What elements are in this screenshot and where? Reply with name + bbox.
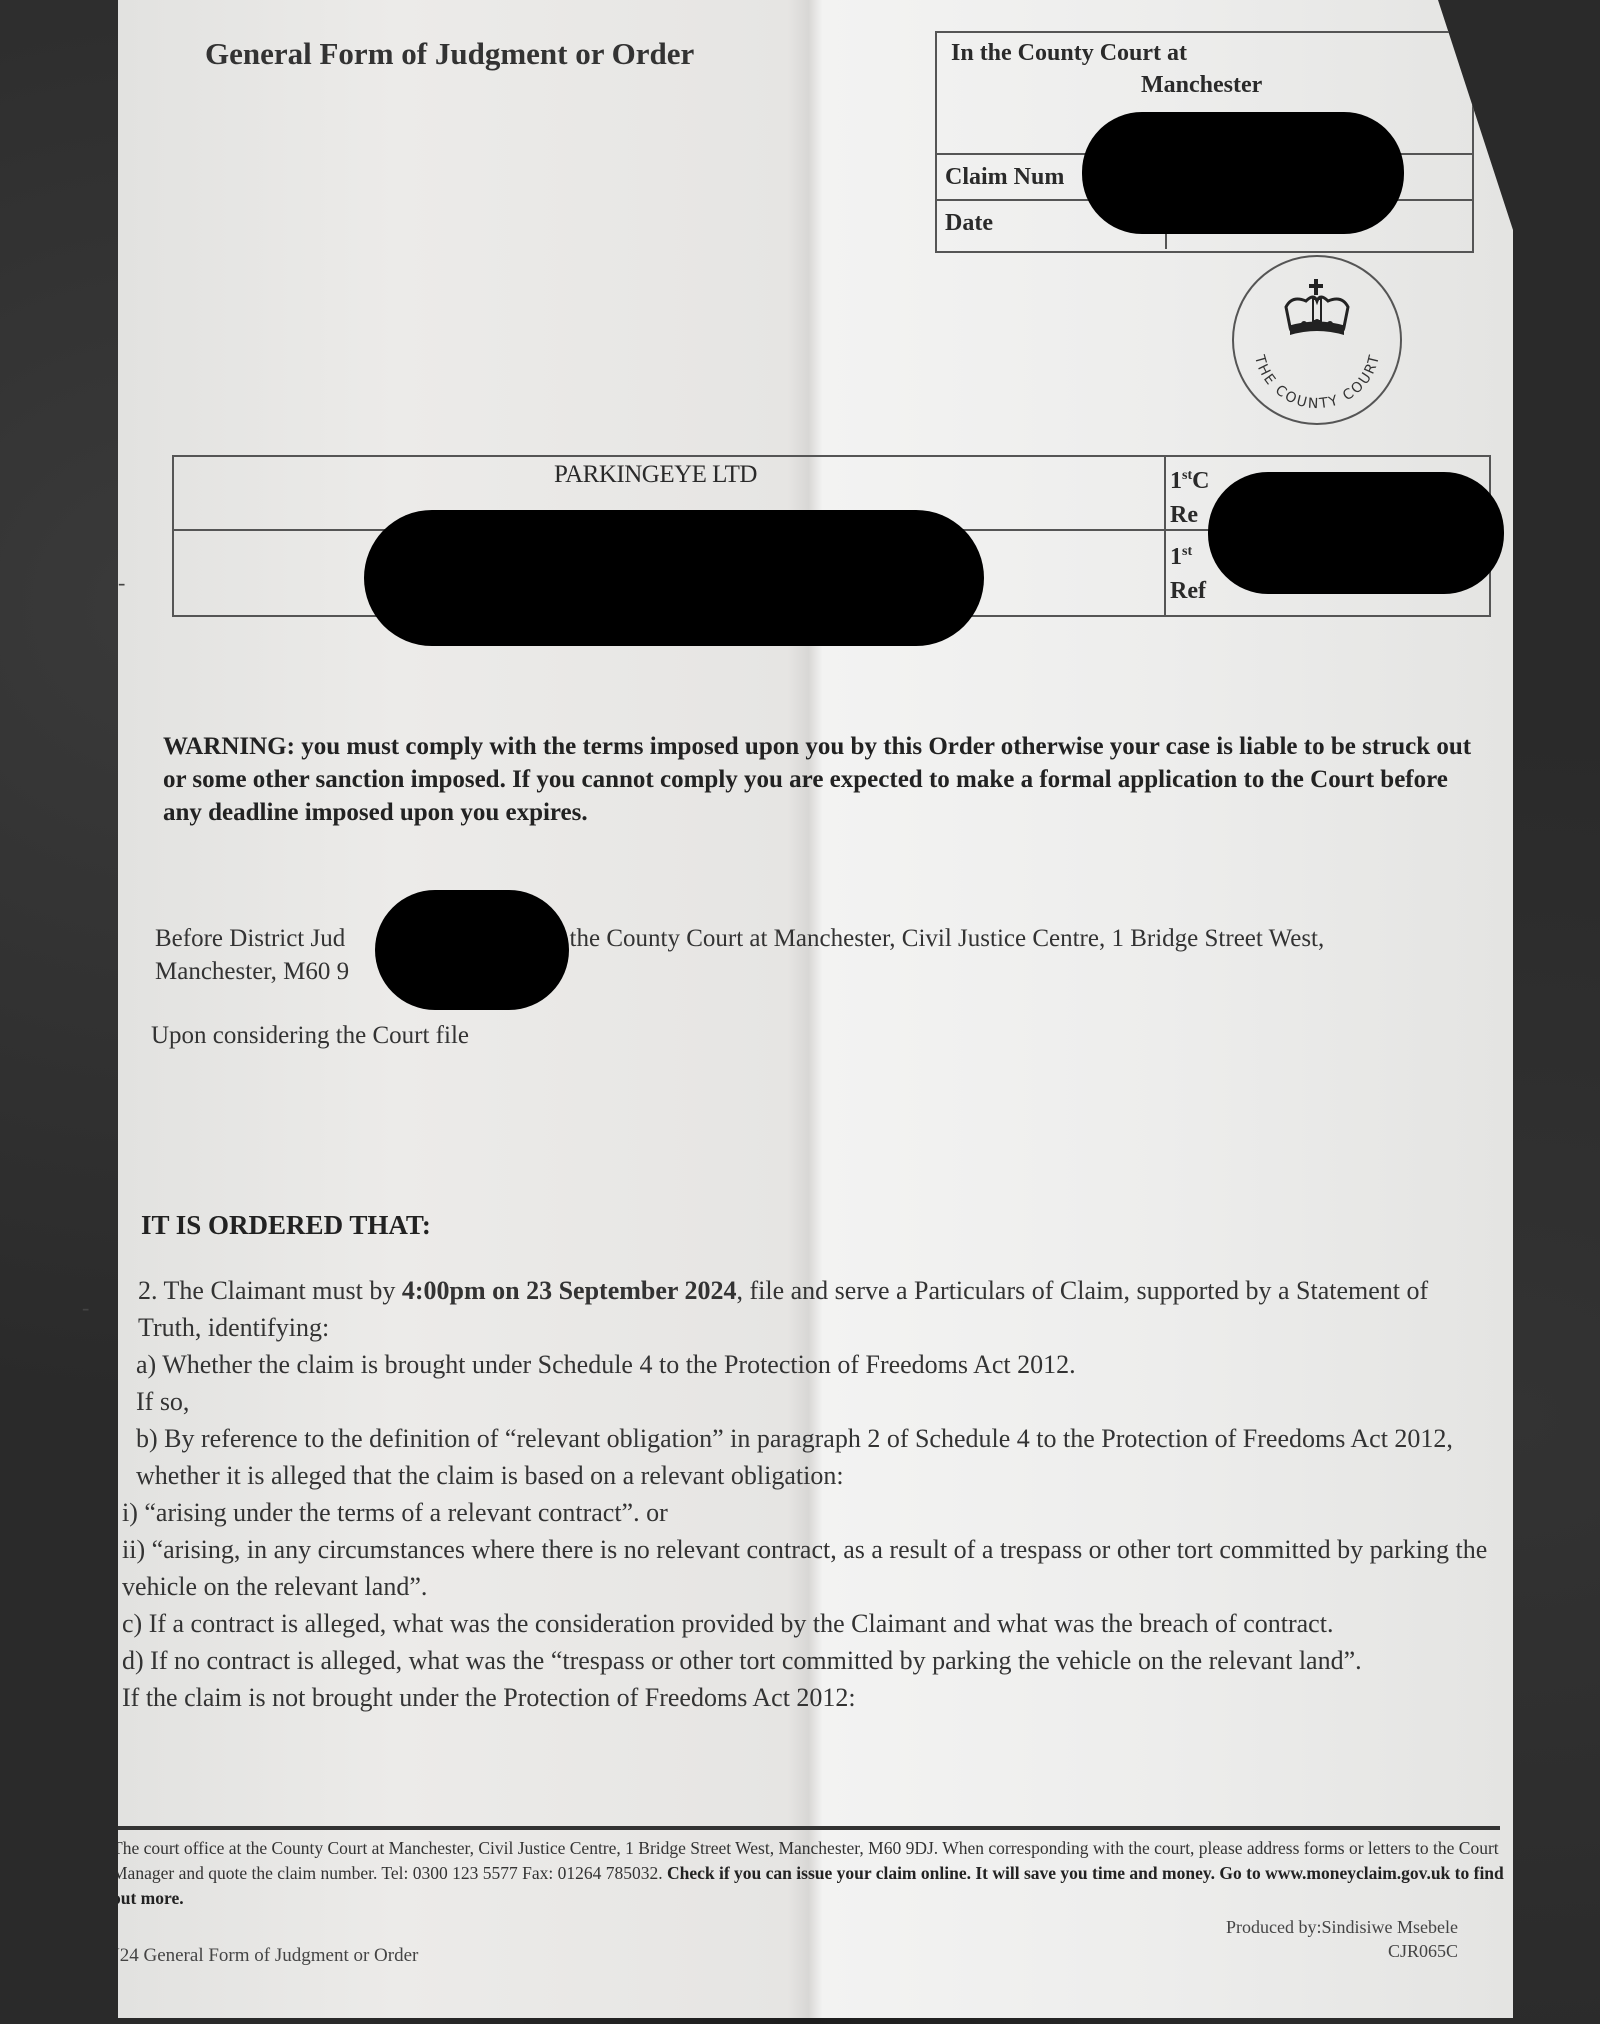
margin-mark: - bbox=[118, 570, 125, 596]
footer-office-text: The court office at the County Court at … bbox=[112, 1836, 1507, 1911]
claimant-name: PARKINGEYE LTD bbox=[554, 461, 757, 489]
claim-number-label: Claim Num bbox=[945, 164, 1064, 190]
margin-mark: - bbox=[82, 1295, 89, 1321]
order-if-so: If so, bbox=[122, 1383, 1492, 1420]
order-body: 2. The Claimant must by 4:00pm on 23 Sep… bbox=[122, 1272, 1492, 1716]
order-item-a: a) Whether the claim is brought under Sc… bbox=[122, 1346, 1492, 1383]
order-item-i: i) “arising under the terms of a relevan… bbox=[122, 1494, 1492, 1531]
court-seal: THE COUNTY COURT bbox=[1232, 255, 1402, 425]
redaction-judge-name bbox=[375, 890, 569, 1010]
order-not-pofa: If the claim is not brought under the Pr… bbox=[122, 1679, 1492, 1716]
reference-code: CJR065C bbox=[1226, 1939, 1458, 1963]
order-item-d: d) If no contract is alleged, what was t… bbox=[122, 1642, 1492, 1679]
date-label: Date bbox=[945, 210, 993, 236]
order-item-b: b) By reference to the definition of “re… bbox=[122, 1420, 1492, 1494]
parties-col-divider bbox=[1164, 457, 1166, 615]
warning-text: WARNING: you must comply with the terms … bbox=[163, 730, 1473, 829]
before-judge-text: Before District Judat the County Court a… bbox=[155, 922, 1475, 988]
document-page: General Form of Judgment or Order In the… bbox=[118, 0, 1513, 2018]
court-name: In the County Court at Manchester bbox=[951, 37, 1262, 101]
redaction-references bbox=[1208, 472, 1504, 594]
court-name-line1: In the County Court at bbox=[951, 40, 1187, 66]
redaction-defendant-name bbox=[364, 510, 984, 646]
considering-text: Upon considering the Court file bbox=[151, 1022, 469, 1050]
form-code: N24 General Form of Judgment or Order bbox=[106, 1945, 418, 1967]
order-item-ii: ii) “arising, in any circumstances where… bbox=[122, 1531, 1492, 1605]
crown-icon: THE COUNTY COURT bbox=[1234, 257, 1400, 423]
svg-text:THE COUNTY COURT: THE COUNTY COURT bbox=[1251, 352, 1384, 412]
deadline: 4:00pm on 23 September 2024 bbox=[402, 1276, 737, 1305]
order-paragraph-2: 2. The Claimant must by 4:00pm on 23 Sep… bbox=[122, 1272, 1492, 1346]
order-item-c: c) If a contract is alleged, what was th… bbox=[122, 1605, 1492, 1642]
document-title: General Form of Judgment or Order bbox=[205, 36, 694, 72]
footer-rule bbox=[115, 1826, 1500, 1830]
claimant-ref-label: 1stC Re bbox=[1170, 459, 1209, 532]
produced-by: Produced by:Sindisiwe Msebele CJR065C bbox=[1226, 1915, 1458, 1963]
defendant-ref-label: 1st Ref bbox=[1170, 535, 1206, 608]
court-city: Manchester bbox=[951, 69, 1262, 101]
ordered-heading: IT IS ORDERED THAT: bbox=[141, 1210, 431, 1241]
redaction-claim-number bbox=[1082, 112, 1404, 234]
